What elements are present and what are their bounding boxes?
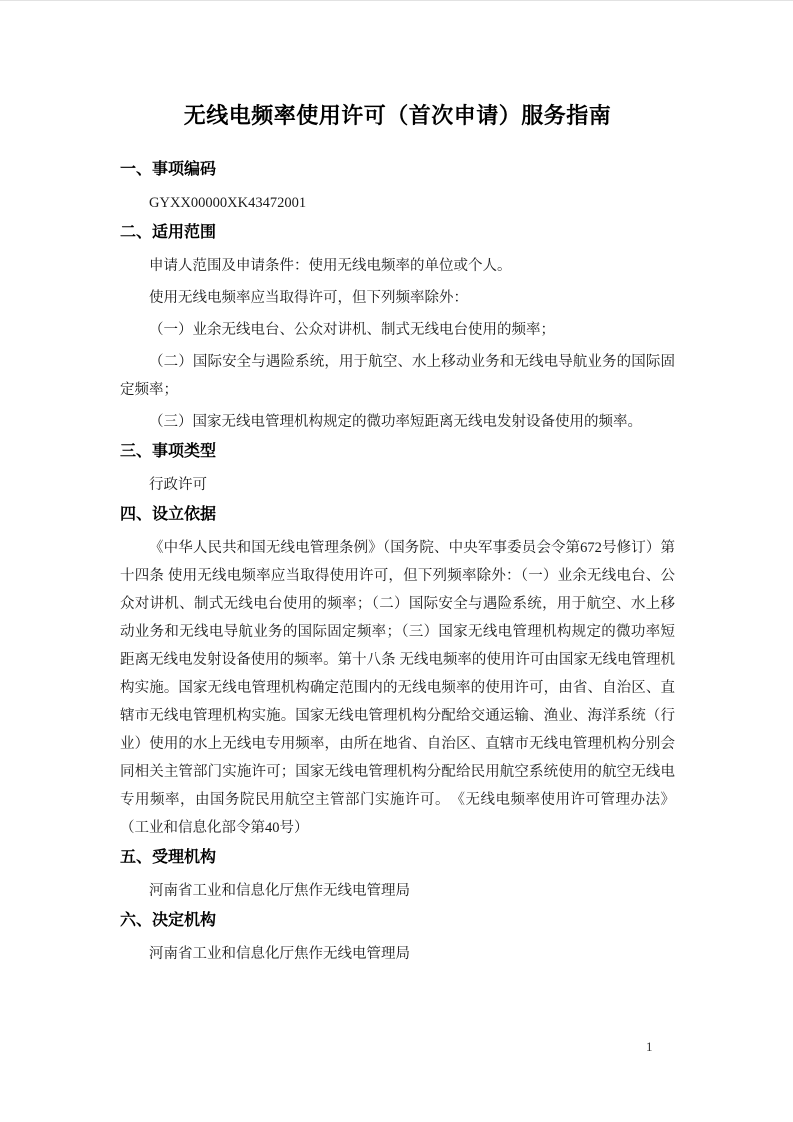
section-heading-deciding-agency: 六、决定机构 [120, 909, 675, 933]
section-heading-accepting-agency: 五、受理机构 [120, 846, 675, 870]
legal-basis-paragraph: 《中华人民共和国无线电管理条例》（国务院、中央军事委员会令第672号修订）第十四… [120, 534, 675, 842]
section-legal-basis: 四、设立依据 《中华人民共和国无线电管理条例》（国务院、中央军事委员会令第672… [120, 503, 675, 842]
deciding-agency-value: 河南省工业和信息化厅焦作无线电管理局 [120, 940, 675, 968]
section-heading-item-type: 三、事项类型 [120, 440, 675, 464]
scope-exception-item: （二）国际安全与遇险系统，用于航空、水上移动业务和无线电导航业务的国际固定频率； [120, 348, 675, 404]
section-heading-scope: 二、适用范围 [120, 221, 675, 245]
section-scope: 二、适用范围 申请人范围及申请条件：使用无线电频率的单位或个人。 使用无线电频率… [120, 221, 675, 436]
section-accepting-agency: 五、受理机构 河南省工业和信息化厅焦作无线电管理局 [120, 846, 675, 905]
scope-paragraph: 申请人范围及申请条件：使用无线电频率的单位或个人。 [120, 252, 675, 280]
item-type-value: 行政许可 [120, 471, 675, 499]
accepting-agency-value: 河南省工业和信息化厅焦作无线电管理局 [120, 877, 675, 905]
scope-exception-item: （三）国家无线电管理机构规定的微功率短距离无线电发射设备使用的频率。 [120, 408, 675, 436]
item-code-value: GYXX00000XK43472001 [120, 189, 675, 217]
page-number: 1 [646, 1037, 653, 1057]
section-heading-legal-basis: 四、设立依据 [120, 503, 675, 527]
document-page: 无线电频率使用许可（首次申请）服务指南 一、事项编码 GYXX00000XK43… [0, 0, 793, 1122]
section-item-type: 三、事项类型 行政许可 [120, 440, 675, 499]
section-heading-item-code: 一、事项编码 [120, 158, 675, 182]
scope-paragraph: 使用无线电频率应当取得许可，但下列频率除外： [120, 284, 675, 312]
section-item-code: 一、事项编码 GYXX00000XK43472001 [120, 158, 675, 217]
section-deciding-agency: 六、决定机构 河南省工业和信息化厅焦作无线电管理局 [120, 909, 675, 968]
document-title: 无线电频率使用许可（首次申请）服务指南 [120, 99, 675, 133]
scope-exception-item: （一）业余无线电台、公众对讲机、制式无线电台使用的频率； [120, 316, 675, 344]
